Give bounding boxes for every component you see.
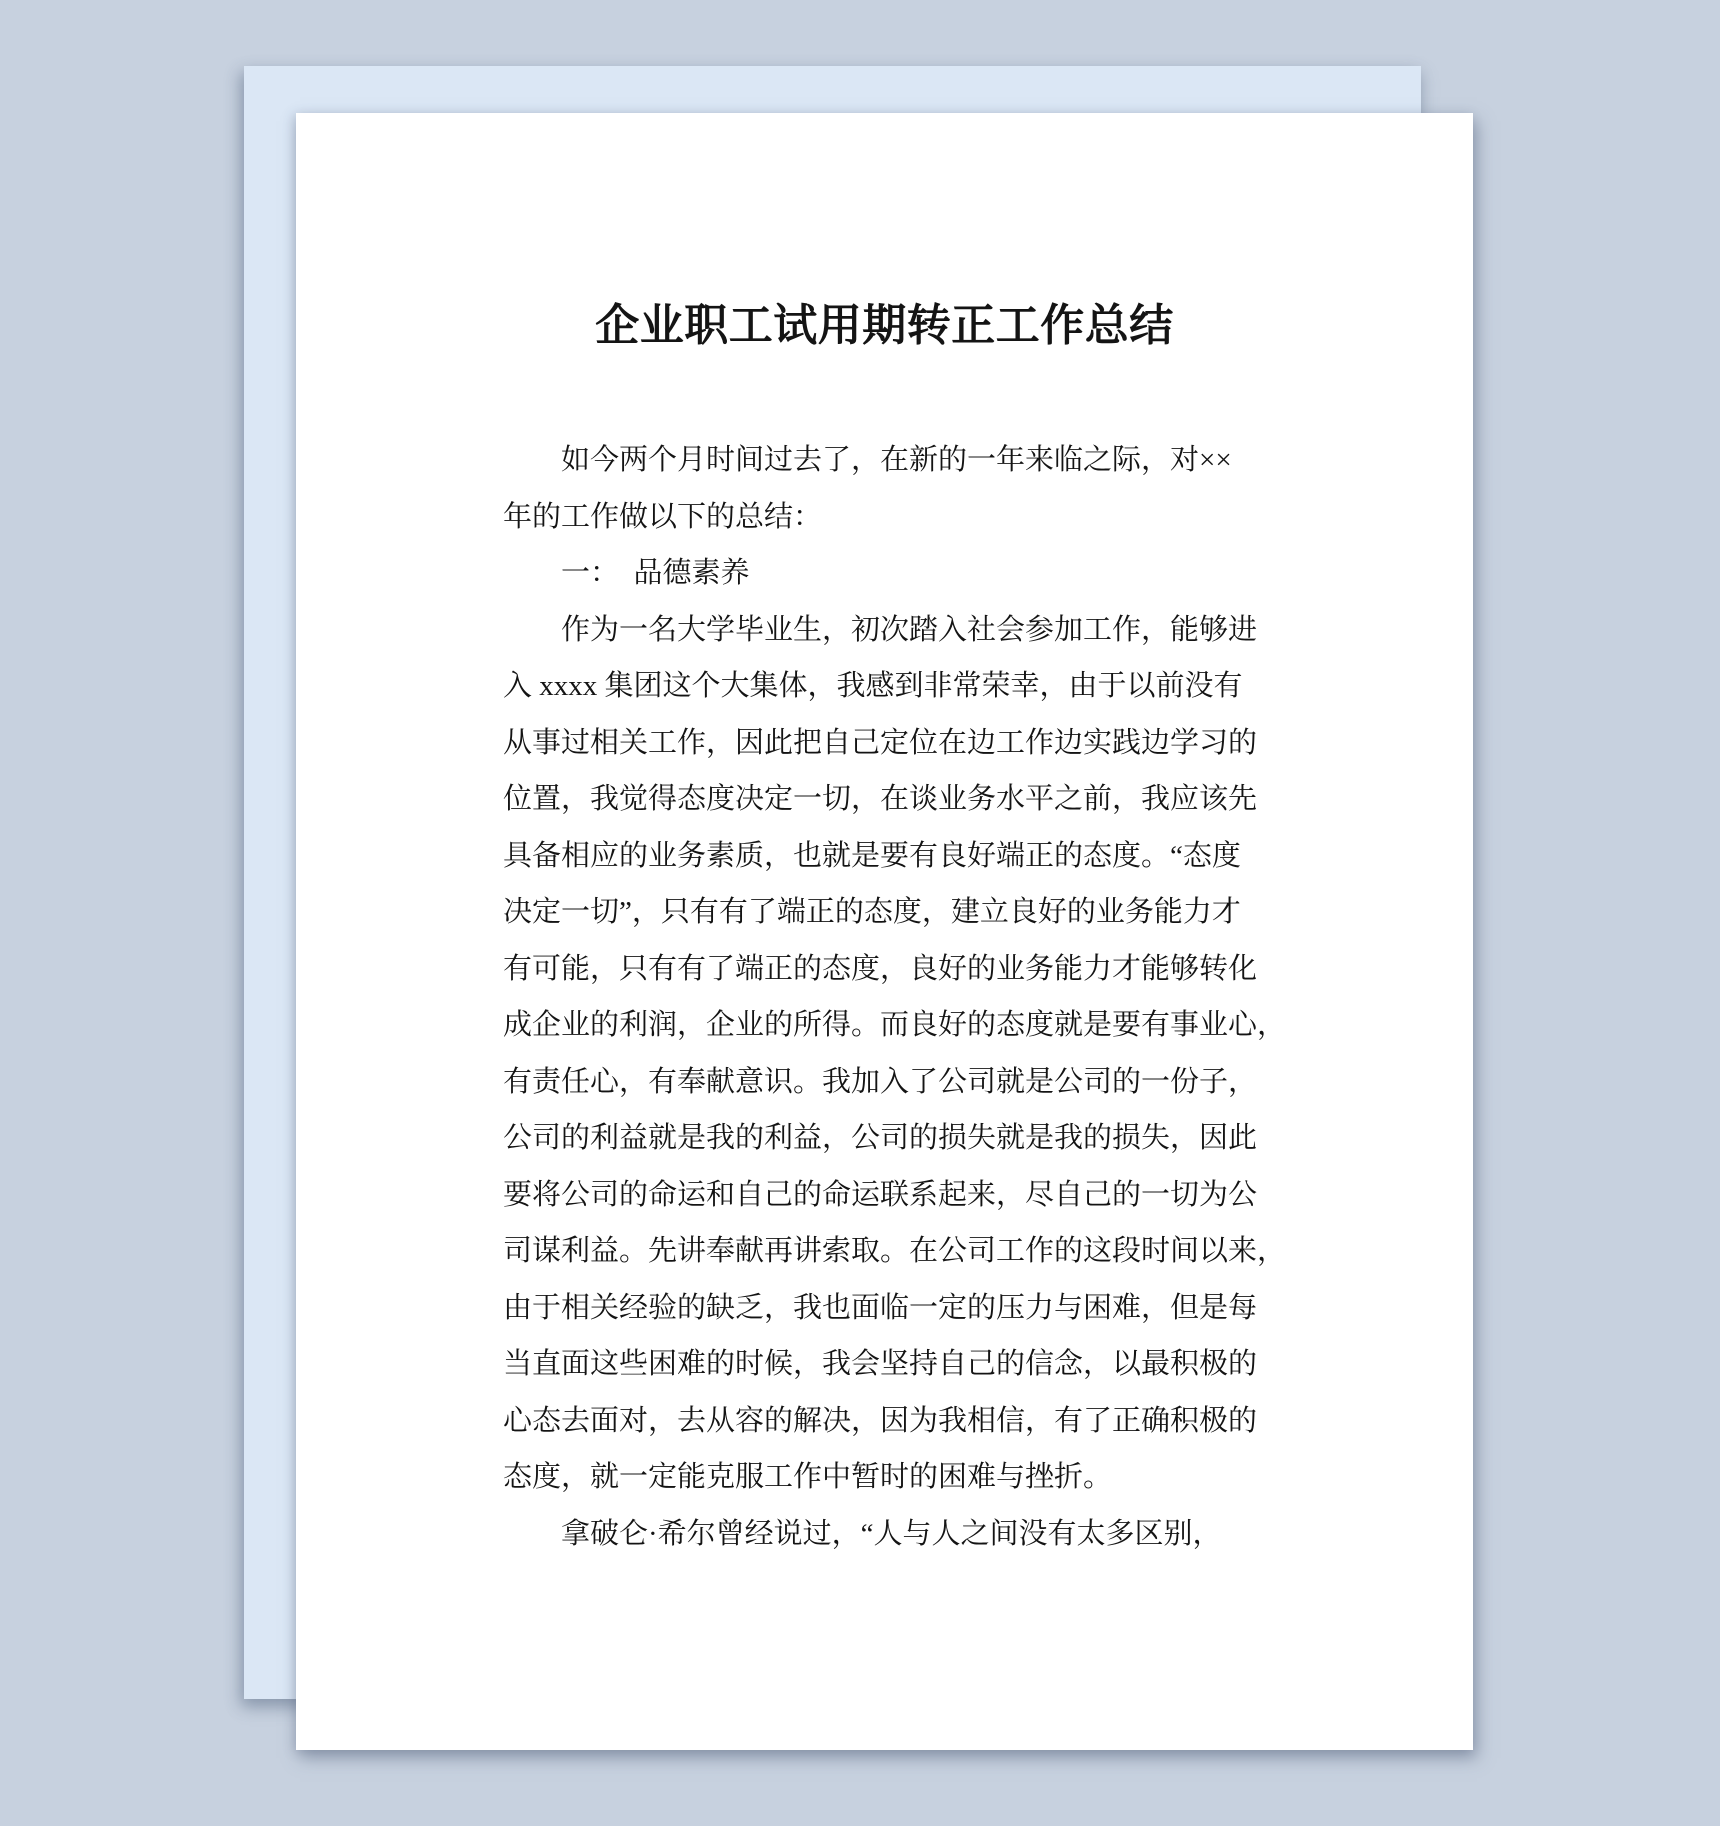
document-title: 企业职工试用期转正工作总结 (296, 296, 1473, 356)
document-page: 企业职工试用期转正工作总结 如今两个月时间过去了，在新的一年来临之际，对×× 年… (296, 113, 1473, 1750)
document-body: 如今两个月时间过去了，在新的一年来临之际，对×× 年的工作做以下的总结：一： 品… (503, 432, 1293, 1562)
paragraph: 一： 品德素养 (503, 545, 1293, 602)
paragraph: 如今两个月时间过去了，在新的一年来临之际，对×× 年的工作做以下的总结： (503, 432, 1293, 545)
paragraph: 作为一名大学毕业生，初次踏入社会参加工作，能够进 入 xxxx 集团这个大集体，… (503, 602, 1293, 1506)
paragraph: 拿破仑·希尔曾经说过，“人与人之间没有太多区别， (503, 1506, 1293, 1563)
desktop-background: 企业职工试用期转正工作总结 如今两个月时间过去了，在新的一年来临之际，对×× 年… (0, 0, 1720, 1826)
